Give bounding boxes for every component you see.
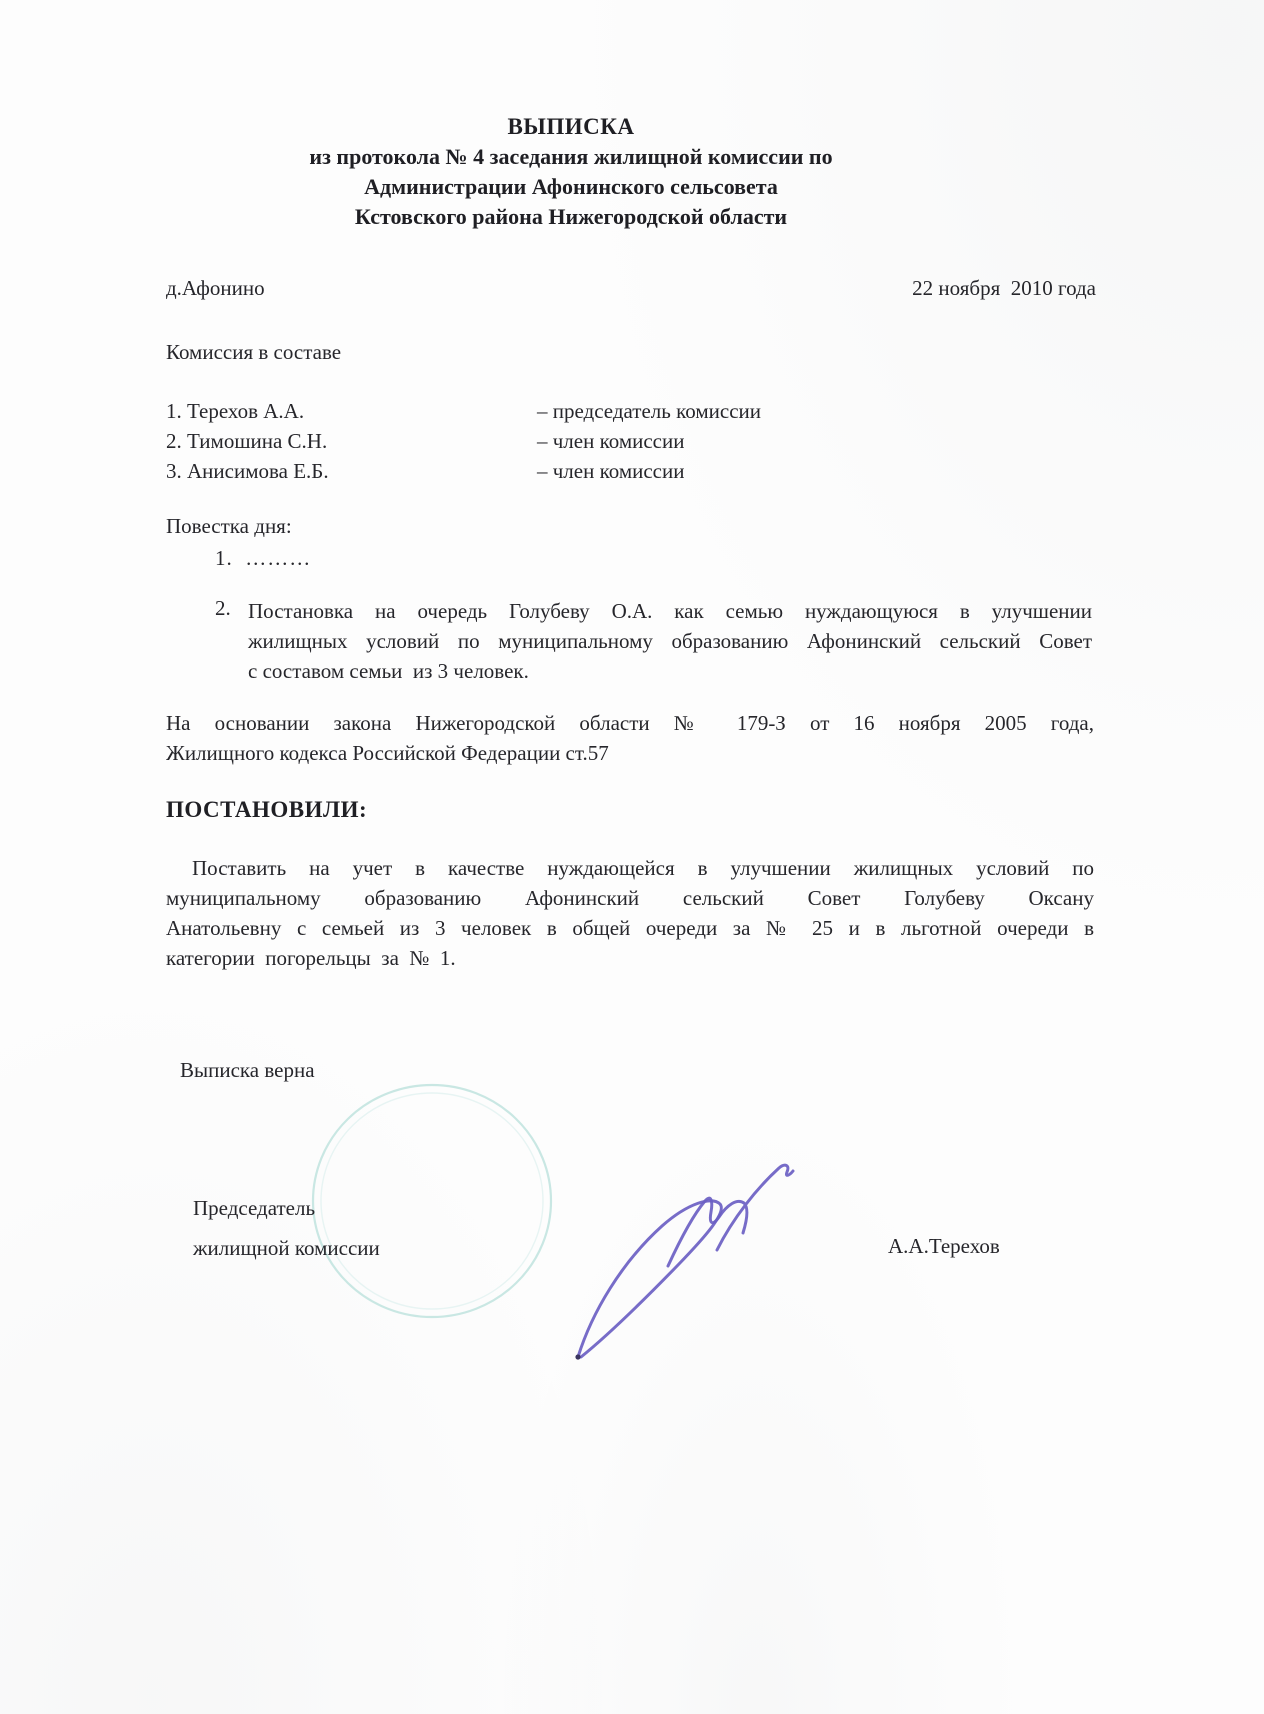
agenda-item-2-line: Постановка на очередь Голубеву О.А. как … (248, 596, 1092, 626)
date-label: 22 ноября 2010 года (912, 276, 1096, 301)
signer-name: А.А.Терехов (888, 1234, 1000, 1259)
member-row: 1. Терехов А.А. – председатель комиссии (166, 396, 1094, 426)
legal-basis-paragraph: На основании закона Нижегородской област… (166, 708, 1094, 768)
resolution-line: Поставить на учет в качестве нуждающейся… (166, 853, 1094, 883)
member-role: – член комиссии (537, 426, 1094, 456)
signer-role-line: Председатель (193, 1188, 380, 1228)
document-title: ВЫПИСКА (0, 112, 1142, 142)
extract-correct-label: Выписка верна (180, 1058, 315, 1083)
agenda-heading: Повестка дня: (166, 514, 292, 539)
member-name: 1. Терехов А.А. (166, 396, 537, 426)
member-row: 2. Тимошина С.Н. – член комиссии (166, 426, 1094, 456)
resolved-heading: ПОСТАНОВИЛИ: (166, 797, 367, 823)
agenda-item-2: Постановка на очередь Голубеву О.А. как … (248, 596, 1092, 686)
resolution-paragraph: Поставить на учет в качестве нуждающейся… (166, 853, 1094, 973)
document-subtitle-line: из протокола № 4 заседания жилищной коми… (0, 142, 1142, 172)
member-role: – председатель комиссии (537, 396, 1094, 426)
member-row: 3. Анисимова Е.Б. – член комиссии (166, 456, 1094, 486)
resolution-line: Анатольевну с семьей из 3 человек в обще… (166, 913, 1094, 943)
signature-flourish-icon (668, 1165, 793, 1266)
agenda-item-2-line: жилищных условий по муниципальному образ… (248, 626, 1092, 656)
commission-intro: Комиссия в составе (166, 340, 341, 365)
document-page: ВЫПИСКА из протокола № 4 заседания жилищ… (0, 0, 1264, 1714)
agenda-item-2-line: с составом семьи из 3 человек. (248, 656, 1092, 686)
member-name: 2. Тимошина С.Н. (166, 426, 537, 456)
signature-pen-dot-icon (575, 1354, 580, 1359)
resolution-line: категории погорельцы за № 1. (166, 943, 1094, 973)
document-title-block: ВЫПИСКА из протокола № 4 заседания жилищ… (0, 112, 1142, 232)
signature-loop-icon (578, 1201, 721, 1357)
document-subtitle-line: Кстовского района Нижегородской области (0, 202, 1142, 232)
place-label: д.Афонино (166, 276, 265, 301)
place-date-row: д.Афонино 22 ноября 2010 года (166, 276, 1096, 301)
signer-role-line: жилищной комиссии (193, 1228, 380, 1268)
resolution-line: муниципальному образованию Афонинский се… (166, 883, 1094, 913)
agenda-item-1: 1. ……… (215, 546, 311, 571)
agenda-item-2-number: 2. (215, 596, 231, 621)
member-name: 3. Анисимова Е.Б. (166, 456, 537, 486)
legal-basis-line: На основании закона Нижегородской област… (166, 708, 1094, 738)
member-role: – член комиссии (537, 456, 1094, 486)
legal-basis-line: Жилищного кодекса Российской Федерации с… (166, 738, 1094, 768)
signer-role-block: Председатель жилищной комиссии (193, 1188, 380, 1268)
commission-members-list: 1. Терехов А.А. – председатель комиссии … (166, 396, 1094, 486)
document-subtitle-line: Администрации Афонинского сельсовета (0, 172, 1142, 202)
